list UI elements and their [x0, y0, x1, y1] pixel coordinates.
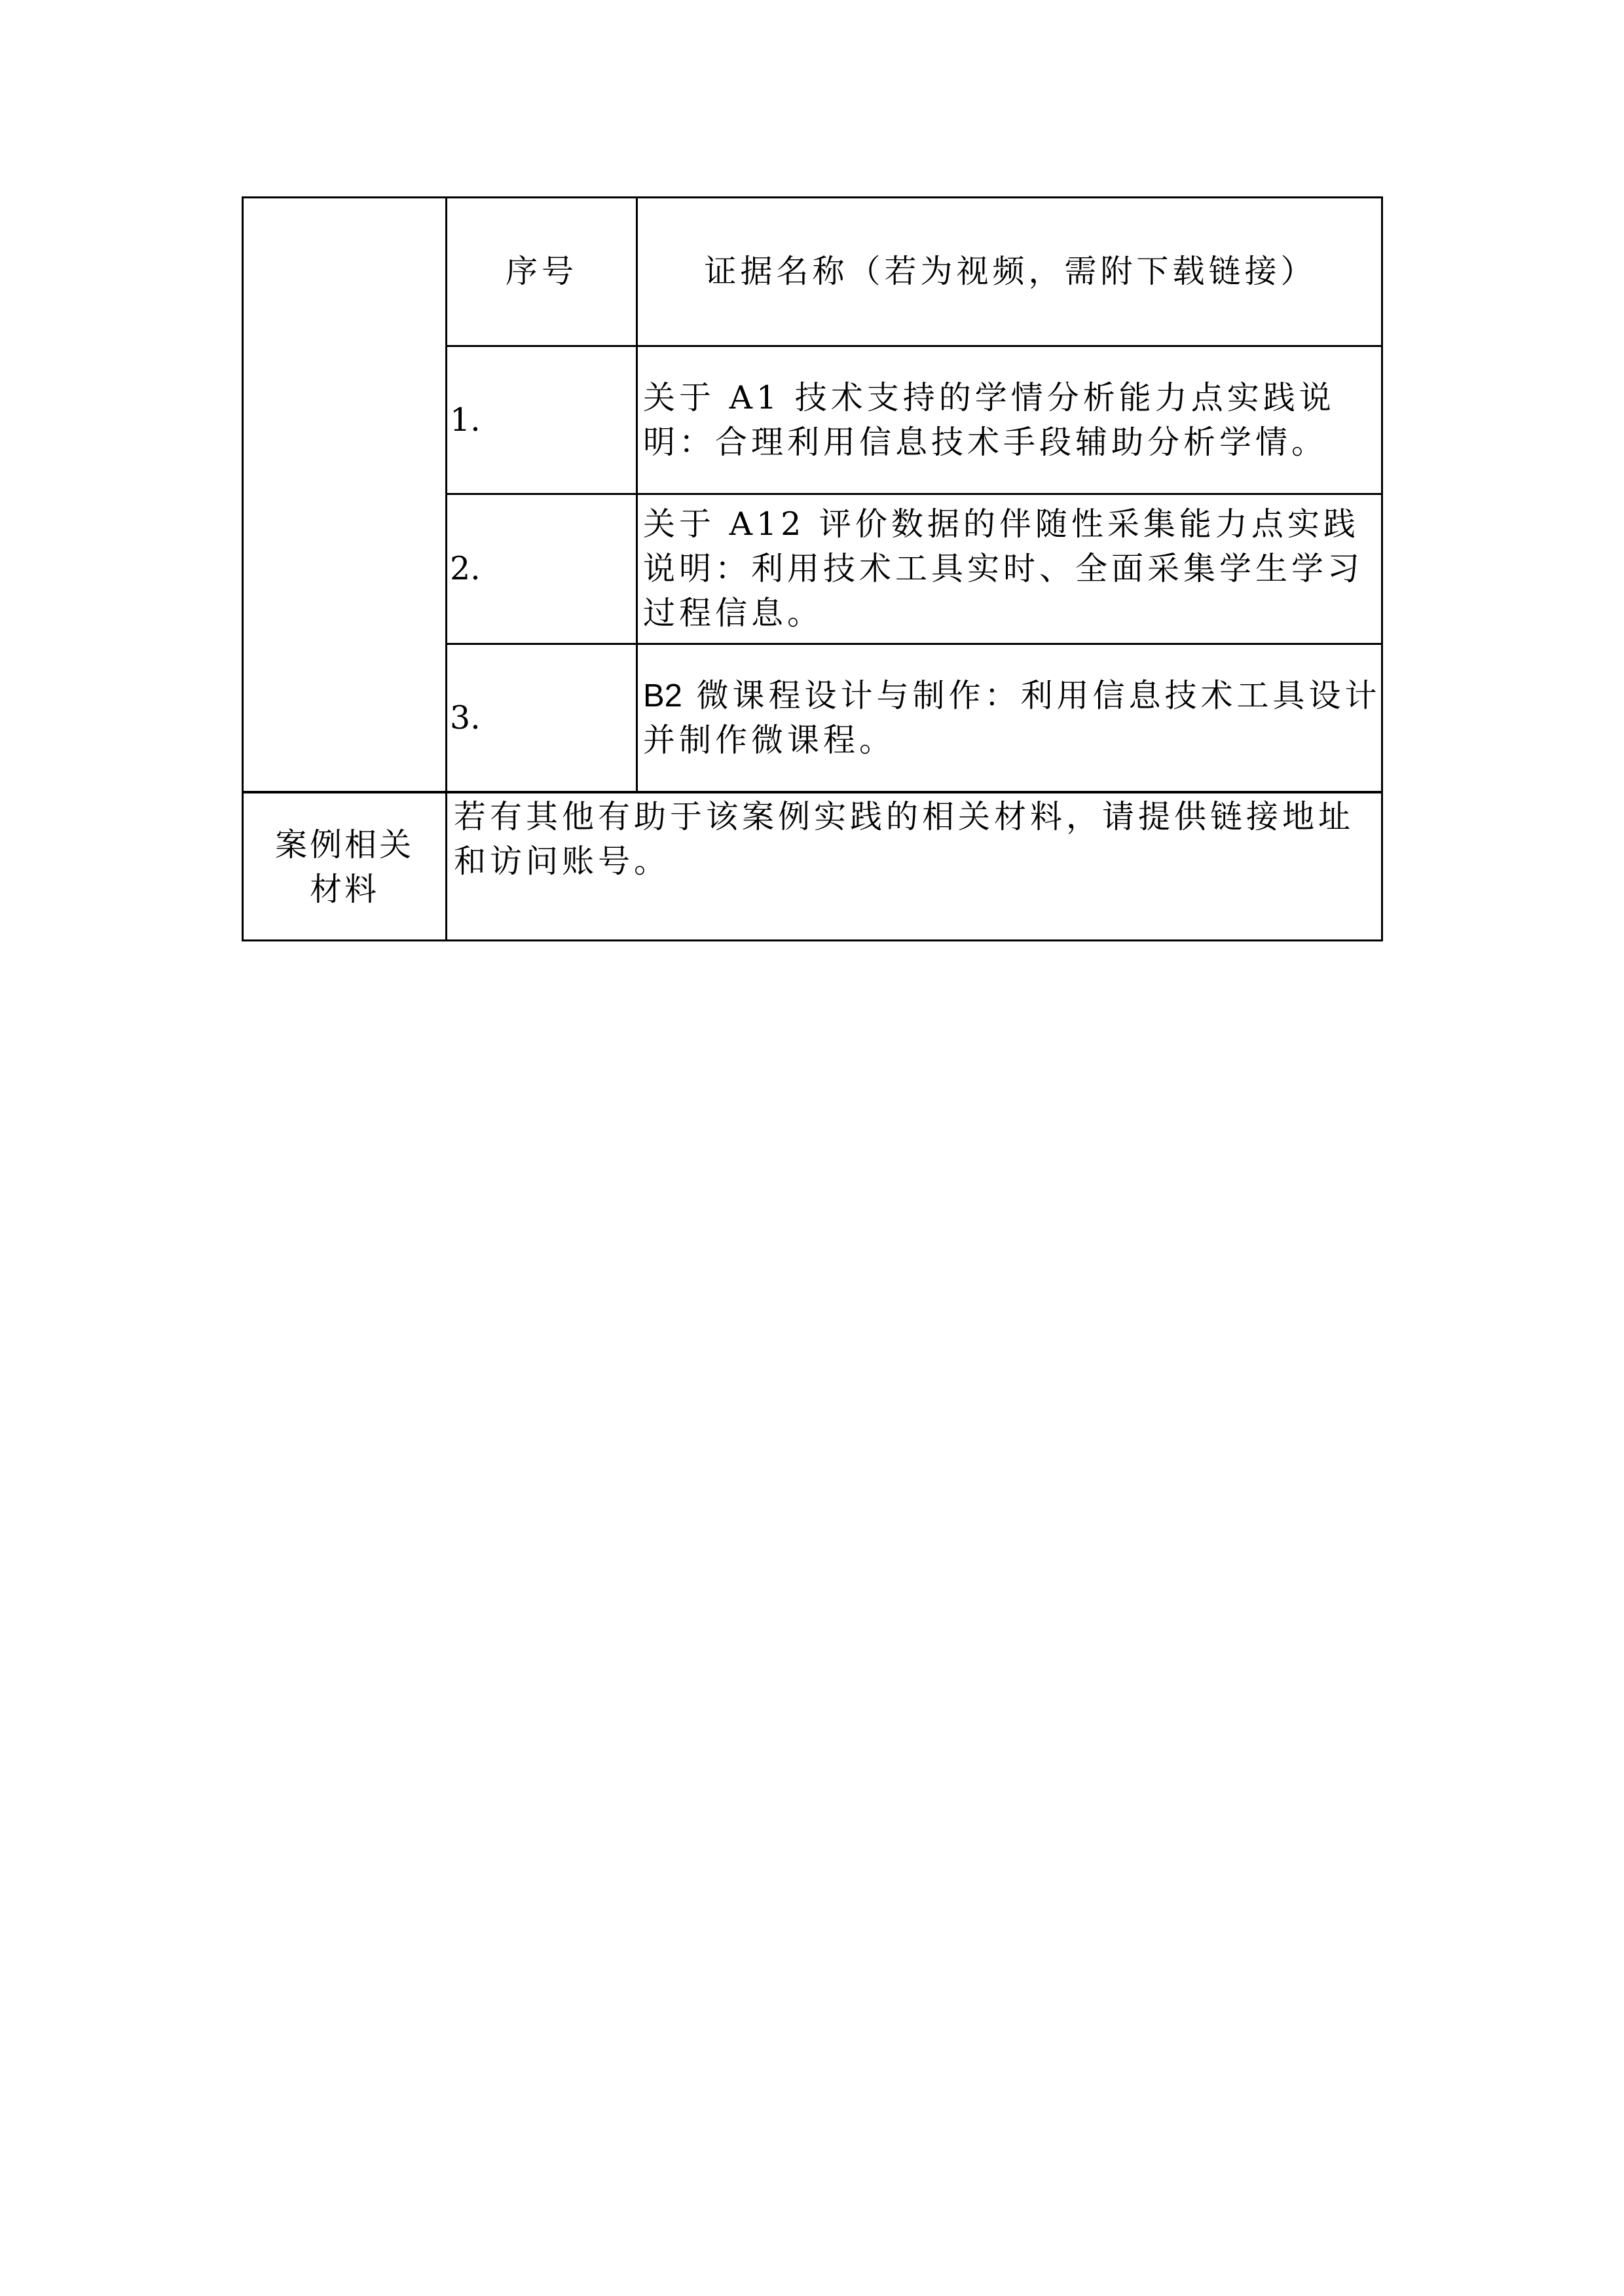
header-name-label: 证据名称（若为视频，需附下载链接） — [704, 249, 1316, 294]
evidence-table: 序号 证据名称（若为视频，需附下载链接） 1. 关于 A1 技术支持的学情分析能… — [242, 196, 1383, 941]
header-index-label: 序号 — [506, 249, 578, 294]
materials-label: 案例相关材料 — [270, 823, 419, 912]
competency-code: B2 — [643, 678, 682, 714]
row-1-index: 1. — [447, 347, 636, 493]
row-3-index: 3. — [447, 645, 636, 791]
materials-text: 若有其他有助于该案例实践的相关材料，请提供链接地址和访问账号。 — [454, 798, 1354, 880]
left-merged-cell — [244, 198, 445, 791]
materials-content-cell[interactable]: 若有其他有助于该案例实践的相关材料，请提供链接地址和访问账号。 — [447, 793, 1383, 941]
header-name: 证据名称（若为视频，需附下载链接） — [638, 198, 1383, 345]
document-page: 序号 证据名称（若为视频，需附下载链接） 1. 关于 A1 技术支持的学情分析能… — [0, 0, 1624, 2296]
row-3-name: B2 微课程设计与制作：利用信息技术工具设计并制作微课程。 — [638, 645, 1383, 791]
row-2-name: 关于 A12 评价数据的伴随性采集能力点实践说明：利用技术工具实时、全面采集学生… — [638, 495, 1383, 643]
materials-label-cell: 案例相关材料 — [244, 793, 445, 941]
header-index: 序号 — [447, 198, 636, 345]
row-2-index: 2. — [447, 495, 636, 643]
row-1-name: 关于 A1 技术支持的学情分析能力点实践说明：合理利用信息技术手段辅助分析学情。 — [638, 347, 1383, 493]
